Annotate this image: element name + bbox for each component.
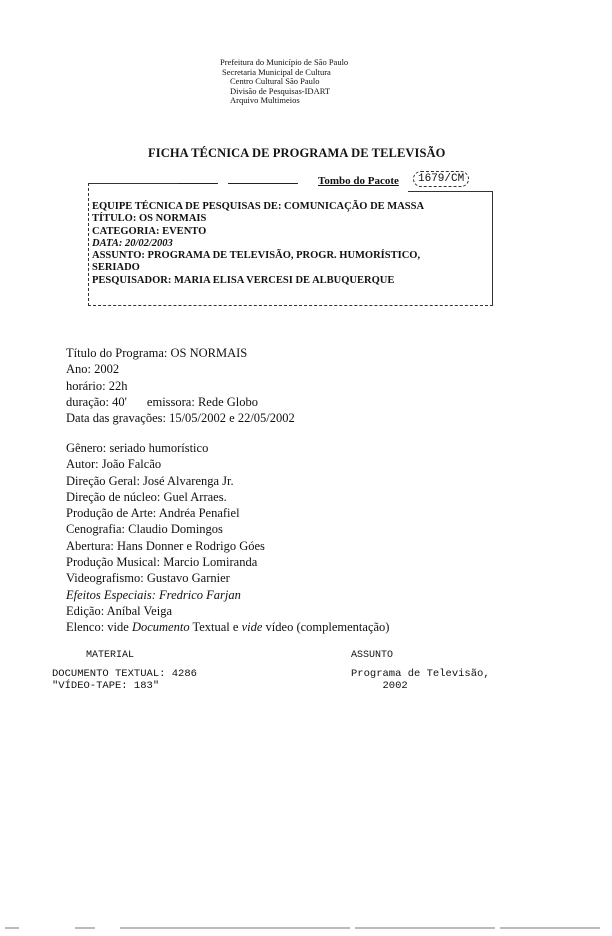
assunto-line-1: Programa de Televisão, [351,668,490,680]
assunto-line-2: 2002 [351,680,490,692]
emissora: emissora: Rede Globo [147,395,258,409]
elenco-suffix: vídeo (complementação) [262,620,389,634]
box-assunto-line2: SERIADO [92,262,424,274]
material-documento-textual: DOCUMENTO TEXTUAL: 4286 [52,668,197,680]
material-header: MATERIAL [86,650,134,661]
box-titulo: TÍTULO: OS NORMAIS [92,213,424,225]
material-list: DOCUMENTO TEXTUAL: 4286"VÍDEO-TAPE: 183" [52,668,197,692]
assunto-list: Programa de Televisão, 2002 [351,668,490,692]
equipe-tecnica: EQUIPE TÉCNICA DE PESQUISAS DE: COMUNICA… [92,201,424,213]
elenco-documento: Documento [132,620,190,634]
videografismo: Videografismo: Gustavo Garnier [66,570,389,586]
box-border-top-right [408,191,493,192]
box-border-right [492,191,493,306]
program-credits: Gênero: seriado humorístico Autor: João … [66,440,389,636]
autor: Autor: João Falcão [66,456,389,472]
elenco: Elenco: vide Documento Textual e vide ví… [66,619,389,635]
duracao: duração: 40' [66,395,127,409]
research-info-box: EQUIPE TÉCNICA DE PESQUISAS DE: COMUNICA… [88,183,493,306]
box-border-left [88,183,89,306]
efeitos-especiais: Efeitos Especiais: Fredrico Farjan [66,587,389,603]
box-content: EQUIPE TÉCNICA DE PESQUISAS DE: COMUNICA… [92,201,424,287]
horario: horário: 22h [66,378,295,394]
producao-musical: Produção Musical: Marcio Lomiranda [66,554,389,570]
assunto-header: ASSUNTO [351,650,393,661]
elenco-mid: Textual e [190,620,242,634]
direcao-nucleo: Direção de núcleo: Guel Arraes. [66,489,389,505]
cenografia: Cenografia: Claudio Domingos [66,521,389,537]
box-categoria: CATEGORIA: EVENTO [92,226,424,238]
material-video-tape: "VÍDEO-TAPE: 183" [52,680,197,692]
elenco-prefix: Elenco: vide [66,620,132,634]
titulo-programa: Título do Programa: OS NORMAIS [66,345,295,361]
duracao-emissora-row: duração: 40'emissora: Rede Globo [66,394,295,410]
direcao-geral: Direção Geral: José Alvarenga Jr. [66,473,389,489]
ano: Ano: 2002 [66,361,295,377]
box-assunto-line1: ASSUNTO: PROGRAMA DE TELEVISÃO, PROGR. H… [92,250,424,262]
box-border-bottom [88,305,493,306]
data-gravacoes: Data das gravações: 15/05/2002 e 22/05/2… [66,410,295,426]
abertura: Abertura: Hans Donner e Rodrigo Góes [66,538,389,554]
edicao: Edição: Aníbal Veiga [66,603,389,619]
document-title: FICHA TÉCNICA DE PROGRAMA DE TELEVISÃO [148,146,446,161]
box-pesquisador: PESQUISADOR: MARIA ELISA VERCESI DE ALBU… [92,275,424,287]
box-data: DATA: 20/02/2003 [92,238,424,250]
header-line-arquivo: Arquivo Multimeios [220,96,348,106]
box-border-top [88,183,178,184]
producao-arte: Produção de Arte: Andréa Penafiel [66,505,389,521]
scan-noise [0,927,612,930]
elenco-vide: vide [242,620,263,634]
genero: Gênero: seriado humorístico [66,440,389,456]
program-info: Título do Programa: OS NORMAIS Ano: 2002… [66,345,295,426]
institution-header: Prefeitura do Município de São Paulo Sec… [220,58,348,106]
